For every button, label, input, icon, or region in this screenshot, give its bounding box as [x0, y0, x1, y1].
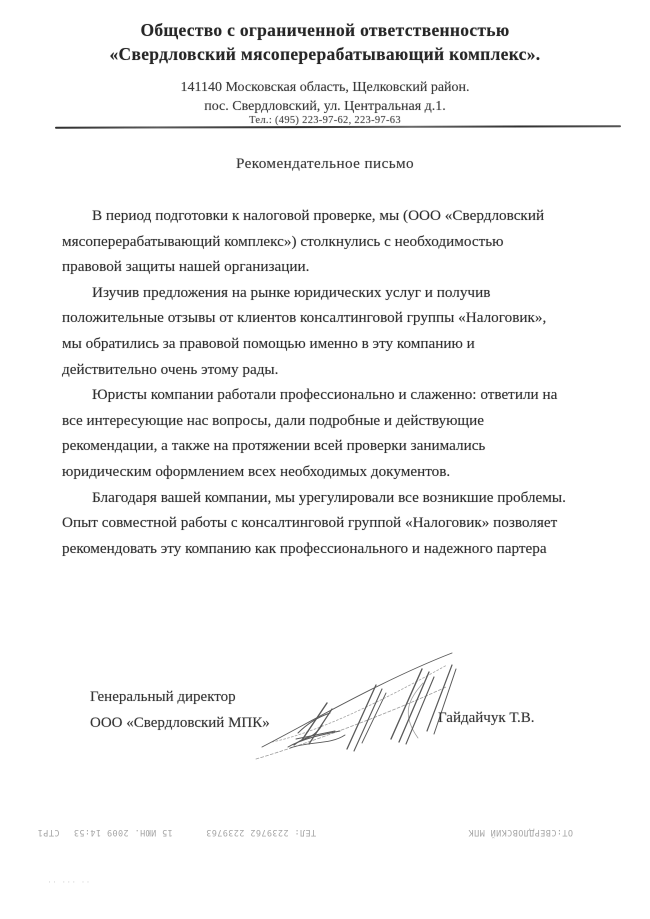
body-line: В период подготовки к налоговой проверке… [62, 203, 562, 229]
body-line: положительные отзывы от клиентов консалт… [62, 305, 562, 331]
body-line: Юристы компании работали профессионально… [62, 382, 562, 408]
paragraph: Юристы компании работали профессионально… [62, 382, 562, 484]
phone-line: Тел.: (495) 223-97-62, 223-97-63 [0, 115, 650, 126]
body-line: рекомендации, а также на протяжении всей… [62, 433, 562, 459]
fax-datetime: 15 ИЮН. 2009 14:53 [73, 828, 172, 838]
signatory-org: ООО «Свердловский МПК» [90, 710, 270, 736]
letter-body: В период подготовки к налоговой проверке… [62, 203, 562, 561]
body-line: действительно очень этому рады. [62, 357, 562, 383]
scan-smudge: ·· ··· ·· [48, 877, 91, 887]
fax-page-number: СТР1 [37, 828, 59, 838]
body-line: все интересующие нас вопросы, дали подро… [62, 408, 562, 434]
signature-block: Генеральный директор ООО «Свердловский М… [90, 684, 270, 736]
body-line: юридическим оформлением всех необходимых… [62, 459, 562, 485]
fax-from: ОТ:СВЕРДЛОВСКИЙ МПК [468, 828, 573, 838]
body-line: мясоперерабатывающий комплекс») столкнул… [62, 229, 562, 255]
paragraph: Изучив предложения на рынке юридических … [62, 280, 562, 382]
body-line: Благодаря вашей компании, мы урегулирова… [62, 485, 562, 511]
letter-title: Рекомендательное письмо [0, 155, 650, 173]
address-line2: пос. Свердловский, ул. Центральная д.1. [0, 99, 650, 115]
body-line: мы обратились за правовой помощью именно… [62, 331, 562, 357]
org-name-line1: Общество с ограниченной ответственностью [0, 20, 650, 41]
fax-tel: ТЕЛ: 2239762 2239763 [206, 828, 316, 838]
fax-stamp: ОТ:СВЕРДЛОВСКИЙ МПК ТЕЛ: 2239762 2239763… [70, 826, 573, 839]
signatory-role: Генеральный директор [90, 684, 270, 710]
letterhead-rule [55, 125, 621, 128]
signatory-name: Гайдайчук Т.В. [438, 710, 535, 727]
body-line: правовой защиты нашей организации. [62, 254, 562, 280]
body-line: рекомендовать эту компанию как профессио… [62, 536, 562, 562]
body-line: Опыт совместной работы с консалтинговой … [62, 510, 562, 536]
paragraph: Благодаря вашей компании, мы урегулирова… [62, 485, 562, 562]
address-line1: 141140 Московская область, Щелковский ра… [0, 80, 650, 96]
handwritten-signature-scribble [250, 643, 465, 763]
paragraph: В период подготовки к налоговой проверке… [62, 203, 562, 280]
body-line: Изучив предложения на рынке юридических … [62, 280, 562, 306]
org-name-line2: «Свердловский мясоперерабатывающий компл… [0, 44, 650, 65]
